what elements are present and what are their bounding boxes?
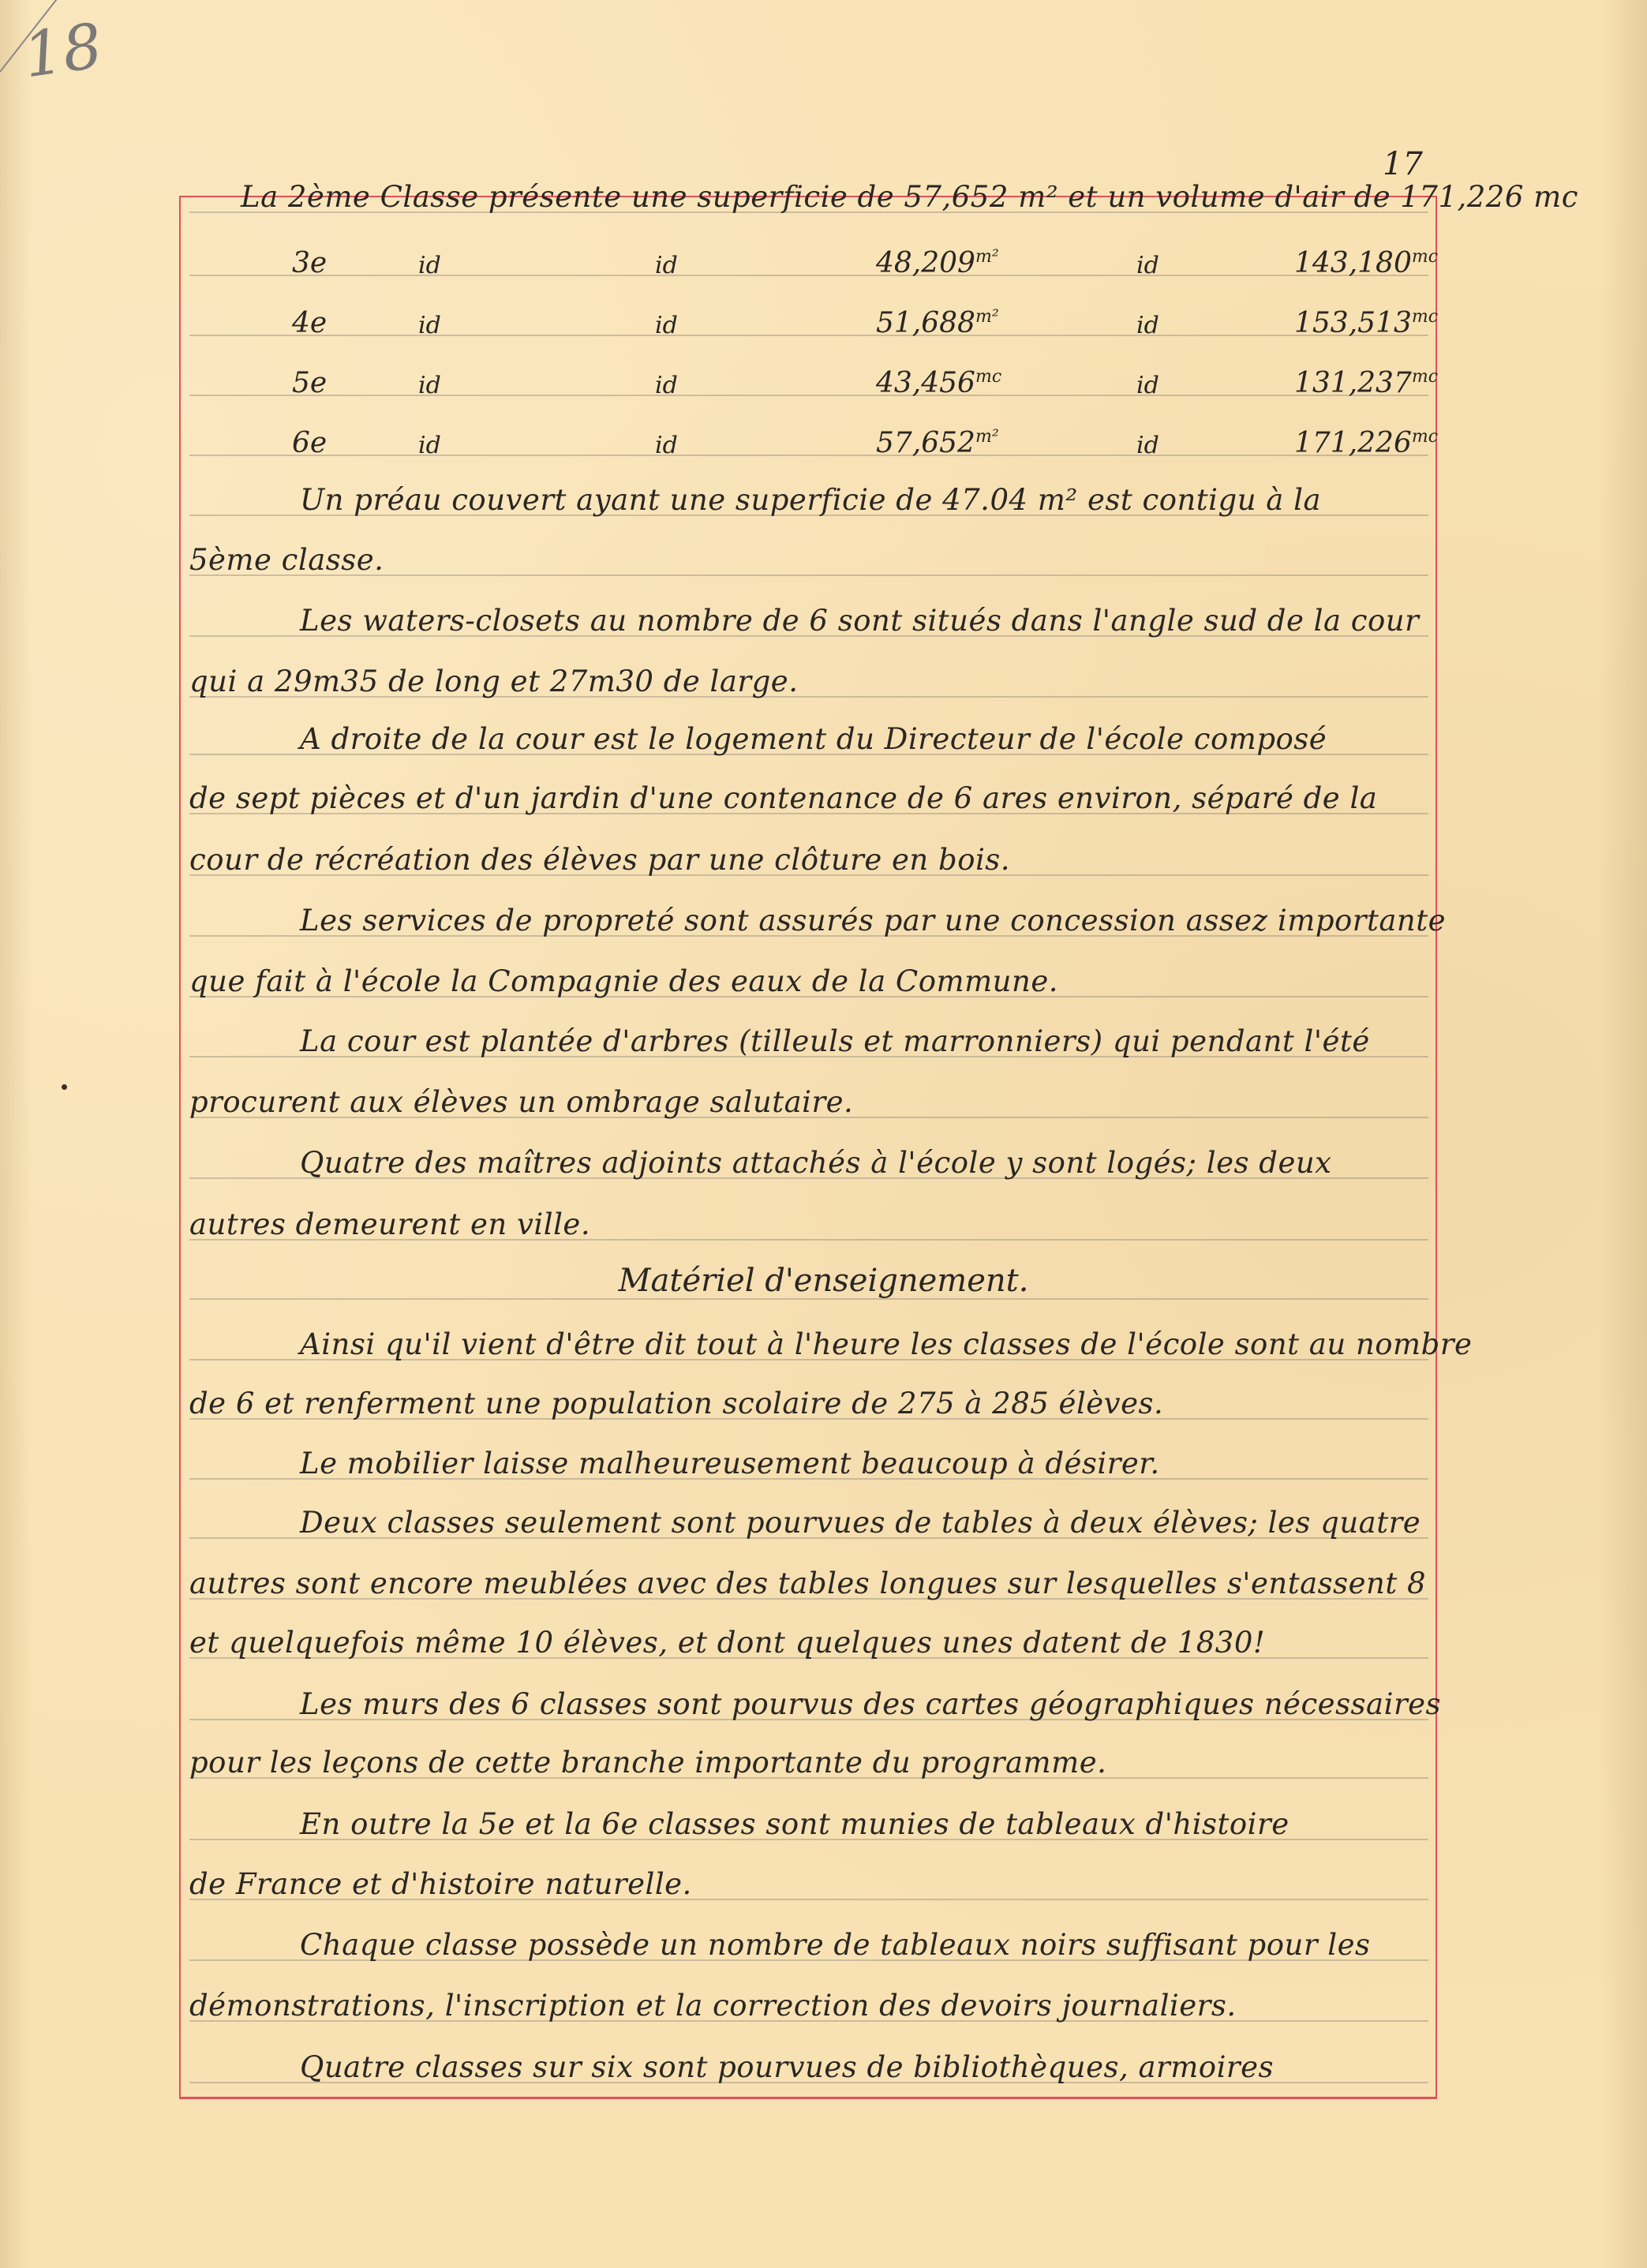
text-line: de 6 et renferment une population scolai… bbox=[189, 1387, 1163, 1420]
opening-line: La 2ème Classe présente une superficie d… bbox=[241, 180, 1578, 214]
text-line: La cour est plantée d'arbres (tilleuls e… bbox=[189, 1024, 1370, 1058]
table-row: 5e id id 43,456mc id 131,237mc bbox=[189, 355, 1428, 402]
class-label: 5e bbox=[292, 367, 327, 399]
text-line: démonstrations, l'inscription et la corr… bbox=[189, 1989, 1237, 2023]
area-value: 57,652m² bbox=[876, 427, 999, 459]
idem-mark: id bbox=[655, 252, 678, 279]
text-line: qui a 29m35 de long et 27m30 de large. bbox=[189, 664, 798, 698]
text-line: Les murs des 6 classes sont pourvus des … bbox=[189, 1687, 1441, 1721]
page-edge bbox=[1600, 0, 1647, 2268]
ink-spot bbox=[62, 1084, 67, 1090]
volume-value: 131,237mc bbox=[1294, 367, 1438, 399]
table-row: 3e id id 48,209m² id 143,180mc bbox=[189, 235, 1428, 283]
idem-mark: id bbox=[1136, 432, 1159, 459]
ink-page-number: 17 bbox=[1383, 146, 1423, 182]
volume-value: 171,226mc bbox=[1294, 427, 1438, 459]
idem-mark: id bbox=[418, 432, 441, 459]
volume-value: 153,513mc bbox=[1294, 307, 1438, 339]
idem-mark: id bbox=[1136, 372, 1159, 399]
text-line: Un préau couvert ayant une superficie de… bbox=[189, 483, 1321, 517]
table-row: 6e id id 57,652m² id 171,226mc bbox=[189, 415, 1428, 462]
text-line: de France et d'histoire naturelle. bbox=[189, 1867, 692, 1901]
class-label: 4e bbox=[292, 307, 327, 339]
table-row: 4e id id 51,688m² id 153,513mc bbox=[189, 295, 1428, 342]
text-line: Les waters-closets au nombre de 6 sont s… bbox=[189, 604, 1419, 638]
text-line: 5ème classe. bbox=[189, 543, 384, 577]
idem-mark: id bbox=[1136, 312, 1159, 339]
text-line: Deux classes seulement sont pourvues de … bbox=[189, 1506, 1421, 1540]
area-value: 51,688m² bbox=[876, 307, 999, 339]
pencil-folio-number: 18 bbox=[19, 11, 107, 92]
idem-mark: id bbox=[418, 312, 441, 339]
idem-mark: id bbox=[655, 312, 678, 339]
text-line: pour les leçons de cette branche importa… bbox=[189, 1746, 1106, 1780]
text-line: que fait à l'école la Compagnie des eaux… bbox=[189, 964, 1058, 998]
text-line: cour de récréation des élèves par une cl… bbox=[189, 843, 1010, 877]
text-line: Les services de propreté sont assurés pa… bbox=[189, 904, 1446, 938]
text-line: de sept pièces et d'un jardin d'une cont… bbox=[189, 781, 1377, 815]
class-label: 6e bbox=[292, 427, 327, 459]
binding-shadow bbox=[0, 0, 32, 2268]
text-line: autres sont encore meublées avec des tab… bbox=[189, 1566, 1426, 1600]
section-heading: Matériel d'enseignement. bbox=[0, 1263, 1647, 1299]
idem-mark: id bbox=[418, 372, 441, 399]
text-line: Chaque classe possède un nombre de table… bbox=[189, 1928, 1371, 1962]
area-value: 43,456mc bbox=[876, 367, 1001, 399]
text-line: et quelquefois même 10 élèves, et dont q… bbox=[189, 1626, 1265, 1660]
text-line: Le mobilier laisse malheureusement beauc… bbox=[189, 1447, 1160, 1480]
idem-mark: id bbox=[655, 432, 678, 459]
text-line: Ainsi qu'il vient d'être dit tout à l'he… bbox=[189, 1327, 1472, 1361]
idem-mark: id bbox=[655, 372, 678, 399]
volume-value: 143,180mc bbox=[1294, 247, 1438, 279]
text-line: Quatre classes sur six sont pourvues de … bbox=[189, 2050, 1274, 2084]
idem-mark: id bbox=[1136, 252, 1159, 279]
text-line: procurent aux élèves un ombrage salutair… bbox=[189, 1085, 853, 1119]
text-line: A droite de la cour est le logement du D… bbox=[189, 722, 1327, 756]
idem-mark: id bbox=[418, 252, 441, 279]
text-line: Quatre des maîtres adjoints attachés à l… bbox=[189, 1146, 1332, 1180]
area-value: 48,209m² bbox=[876, 247, 999, 279]
text-line: autres demeurent en ville. bbox=[189, 1207, 590, 1241]
text-line: En outre la 5e et la 6e classes sont mun… bbox=[189, 1807, 1290, 1841]
class-label: 3e bbox=[292, 247, 327, 279]
